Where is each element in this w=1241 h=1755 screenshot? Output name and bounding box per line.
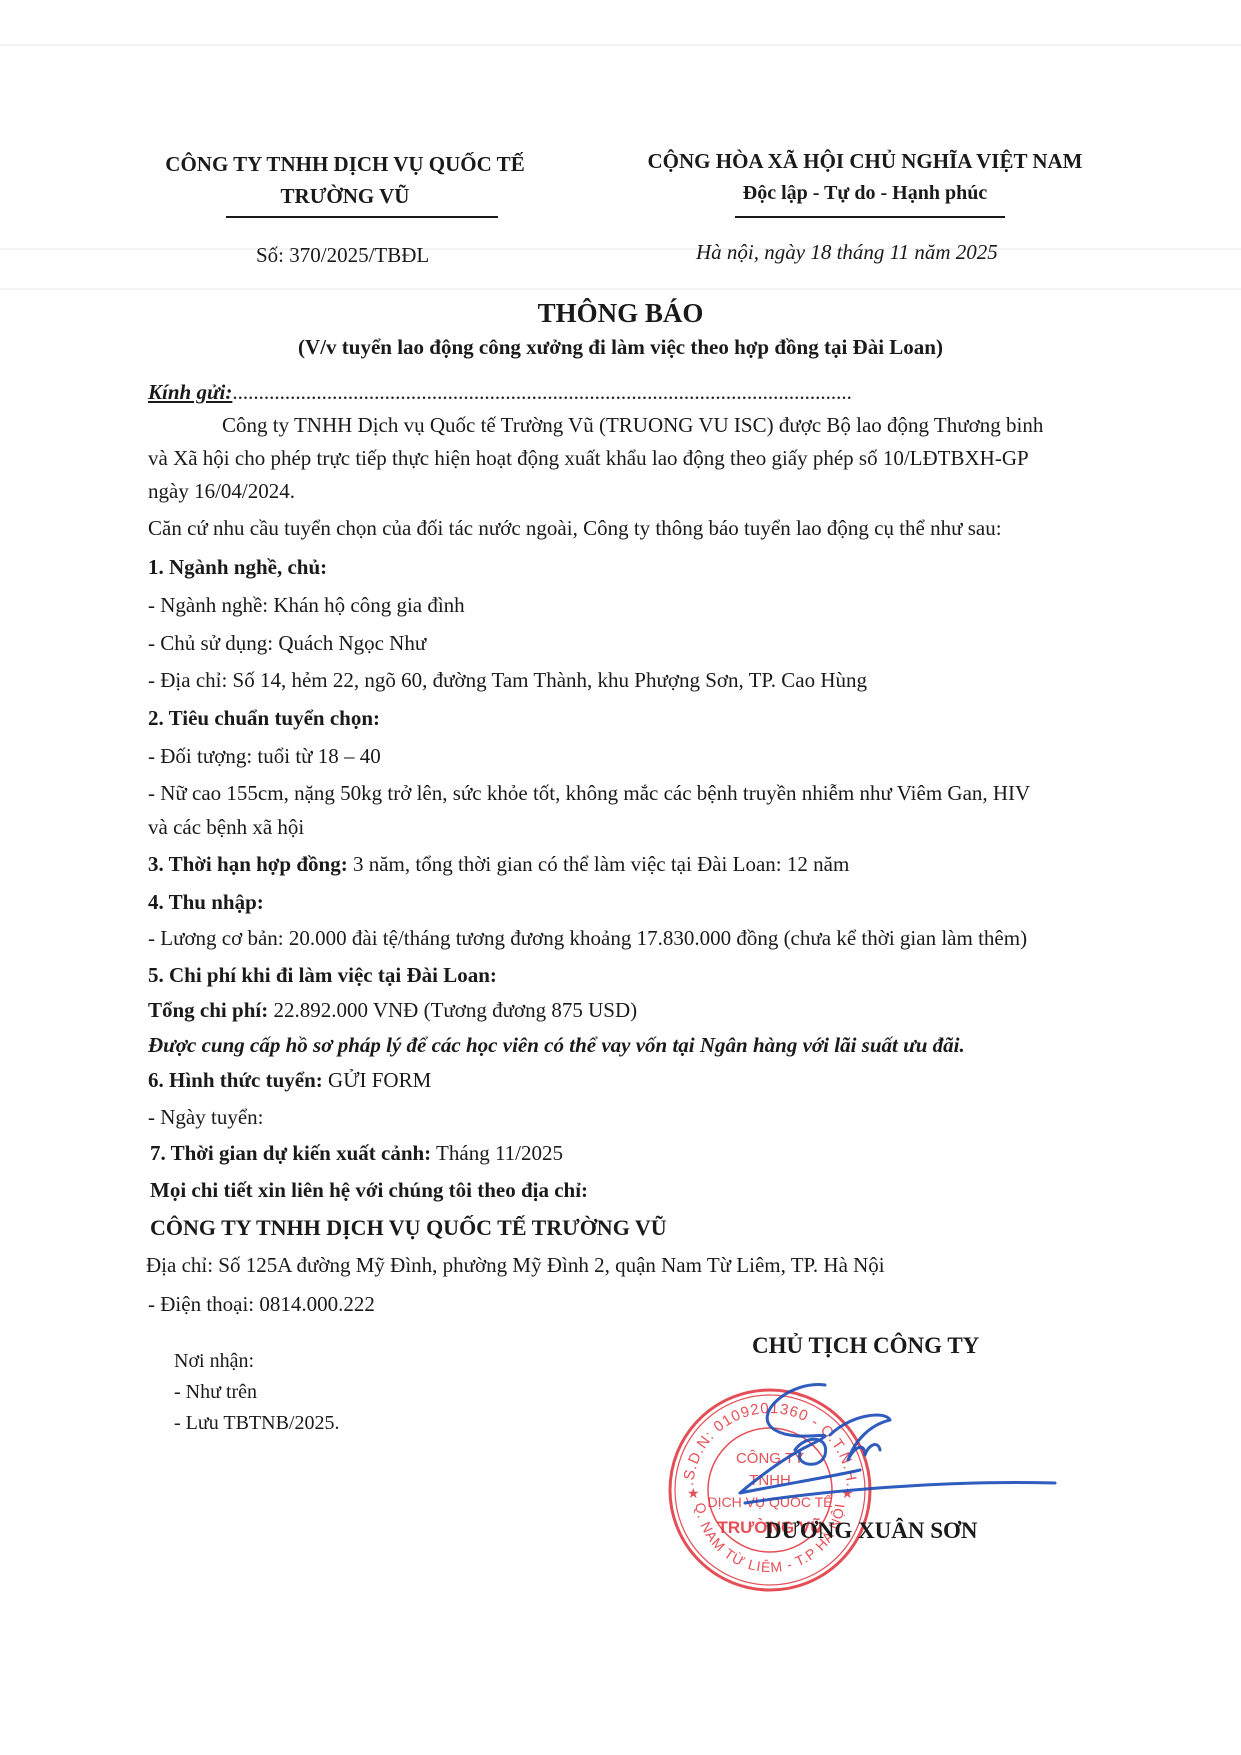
section-3-value: 3 năm, tổng thời gian có thể làm việc tạ… [348,852,850,876]
section-1-item: - Địa chỉ: Số 14, hẻm 22, ngõ 60, đường … [148,668,867,693]
intro-line-2: và Xã hội cho phép trực tiếp thực hiện h… [148,446,1029,471]
intro-line-1: Công ty TNHH Dịch vụ Quốc tế Trường Vũ (… [222,413,1043,438]
section-6: 6. Hình thức tuyển: GỬI FORM [148,1068,431,1093]
company-name-line2: TRƯỜNG VŨ [140,180,550,212]
section-2-heading: 2. Tiêu chuẩn tuyển chọn: [148,706,380,731]
section-4-heading: 4. Thu nhập: [148,890,264,915]
salutation-label: Kính gửi: [148,380,232,404]
salutation: Kính gửi:...............................… [148,380,852,405]
handwritten-signature [730,1375,1060,1525]
document-subtitle: (V/v tuyển lao động công xưởng đi làm vi… [0,335,1241,360]
contact-company: CÔNG TY TNHH DỊCH VỤ QUỐC TẾ TRƯỜNG VŨ [150,1215,667,1241]
svg-text:★: ★ [687,1485,700,1501]
total-cost-label: Tổng chi phí: [148,998,268,1022]
scan-artifact-line [0,44,1241,46]
intro-line-3: ngày 16/04/2024. [148,479,295,504]
section-7-heading: 7. Thời gian dự kiến xuất cảnh: [150,1141,431,1165]
national-header: CỘNG HÒA XÃ HỘI CHỦ NGHĨA VIỆT NAM Độc l… [620,145,1110,209]
section-6-value: GỬI FORM [323,1068,431,1092]
section-1-item: - Ngành nghề: Khán hộ công gia đình [148,593,465,618]
document-date: Hà nội, ngày 18 tháng 11 năm 2025 [696,240,998,265]
scan-artifact-line [0,248,1241,250]
section-2-item: - Nữ cao 155cm, nặng 50kg trở lên, sức k… [148,781,1030,806]
recipient-item: - Lưu TBTNB/2025. [174,1412,339,1435]
document-title: THÔNG BÁO [0,298,1241,329]
intro-line-4: Căn cứ nhu cầu tuyển chọn của đối tác nư… [148,516,1002,541]
section-6-heading: 6. Hình thức tuyển: [148,1068,323,1092]
section-4-item: - Lương cơ bản: 20.000 đài tệ/tháng tươn… [148,926,1027,951]
recipients-label: Nơi nhận: [174,1350,254,1373]
section-7: 7. Thời gian dự kiến xuất cảnh: Tháng 11… [150,1141,563,1166]
section-1-heading: 1. Ngành nghề, chủ: [148,555,327,580]
loan-note: Được cung cấp hồ sơ pháp lý để các học v… [148,1033,965,1058]
national-motto: Độc lập - Tự do - Hạnh phúc [620,177,1110,209]
section-5-total: Tổng chi phí: 22.892.000 VNĐ (Tương đươn… [148,998,637,1023]
signer-title: CHỦ TỊCH CÔNG TY [752,1333,979,1359]
contact-intro: Mọi chi tiết xin liên hệ với chúng tôi t… [150,1178,588,1203]
section-3-heading: 3. Thời hạn hợp đồng: [148,852,348,876]
document-number: Số: 370/2025/TBĐL [256,243,429,268]
section-2-item: và các bệnh xã hội [148,815,304,840]
section-1-item: - Chủ sử dụng: Quách Ngọc Như [148,631,426,656]
section-3: 3. Thời hạn hợp đồng: 3 năm, tổng thời g… [148,852,849,877]
salutation-dots: ........................................… [232,380,852,404]
section-6-item: - Ngày tuyển: [148,1105,263,1130]
company-header: CÔNG TY TNHH DỊCH VỤ QUỐC TẾ TRƯỜNG VŨ [140,148,550,212]
total-cost-value: 22.892.000 VNĐ (Tương đương 875 USD) [268,998,637,1022]
recipient-item: - Như trên [174,1381,257,1404]
signer-name: DƯƠNG XUÂN SƠN [765,1518,978,1544]
nation-name: CỘNG HÒA XÃ HỘI CHỦ NGHĨA VIỆT NAM [620,145,1110,177]
document-page: CÔNG TY TNHH DỊCH VỤ QUỐC TẾ TRƯỜNG VŨ C… [0,0,1241,1755]
section-7-value: Tháng 11/2025 [431,1141,563,1165]
scan-artifact-line [0,288,1241,290]
national-header-rule [735,216,1005,218]
company-header-rule [226,216,498,218]
section-5-heading: 5. Chi phí khi đi làm việc tại Đài Loan: [148,963,497,988]
company-name-line1: CÔNG TY TNHH DỊCH VỤ QUỐC TẾ [140,148,550,180]
contact-phone: - Điện thoại: 0814.000.222 [148,1292,375,1317]
contact-address: Địa chỉ: Số 125A đường Mỹ Đình, phường M… [146,1253,885,1278]
section-2-item: - Đối tượng: tuổi từ 18 – 40 [148,744,381,769]
